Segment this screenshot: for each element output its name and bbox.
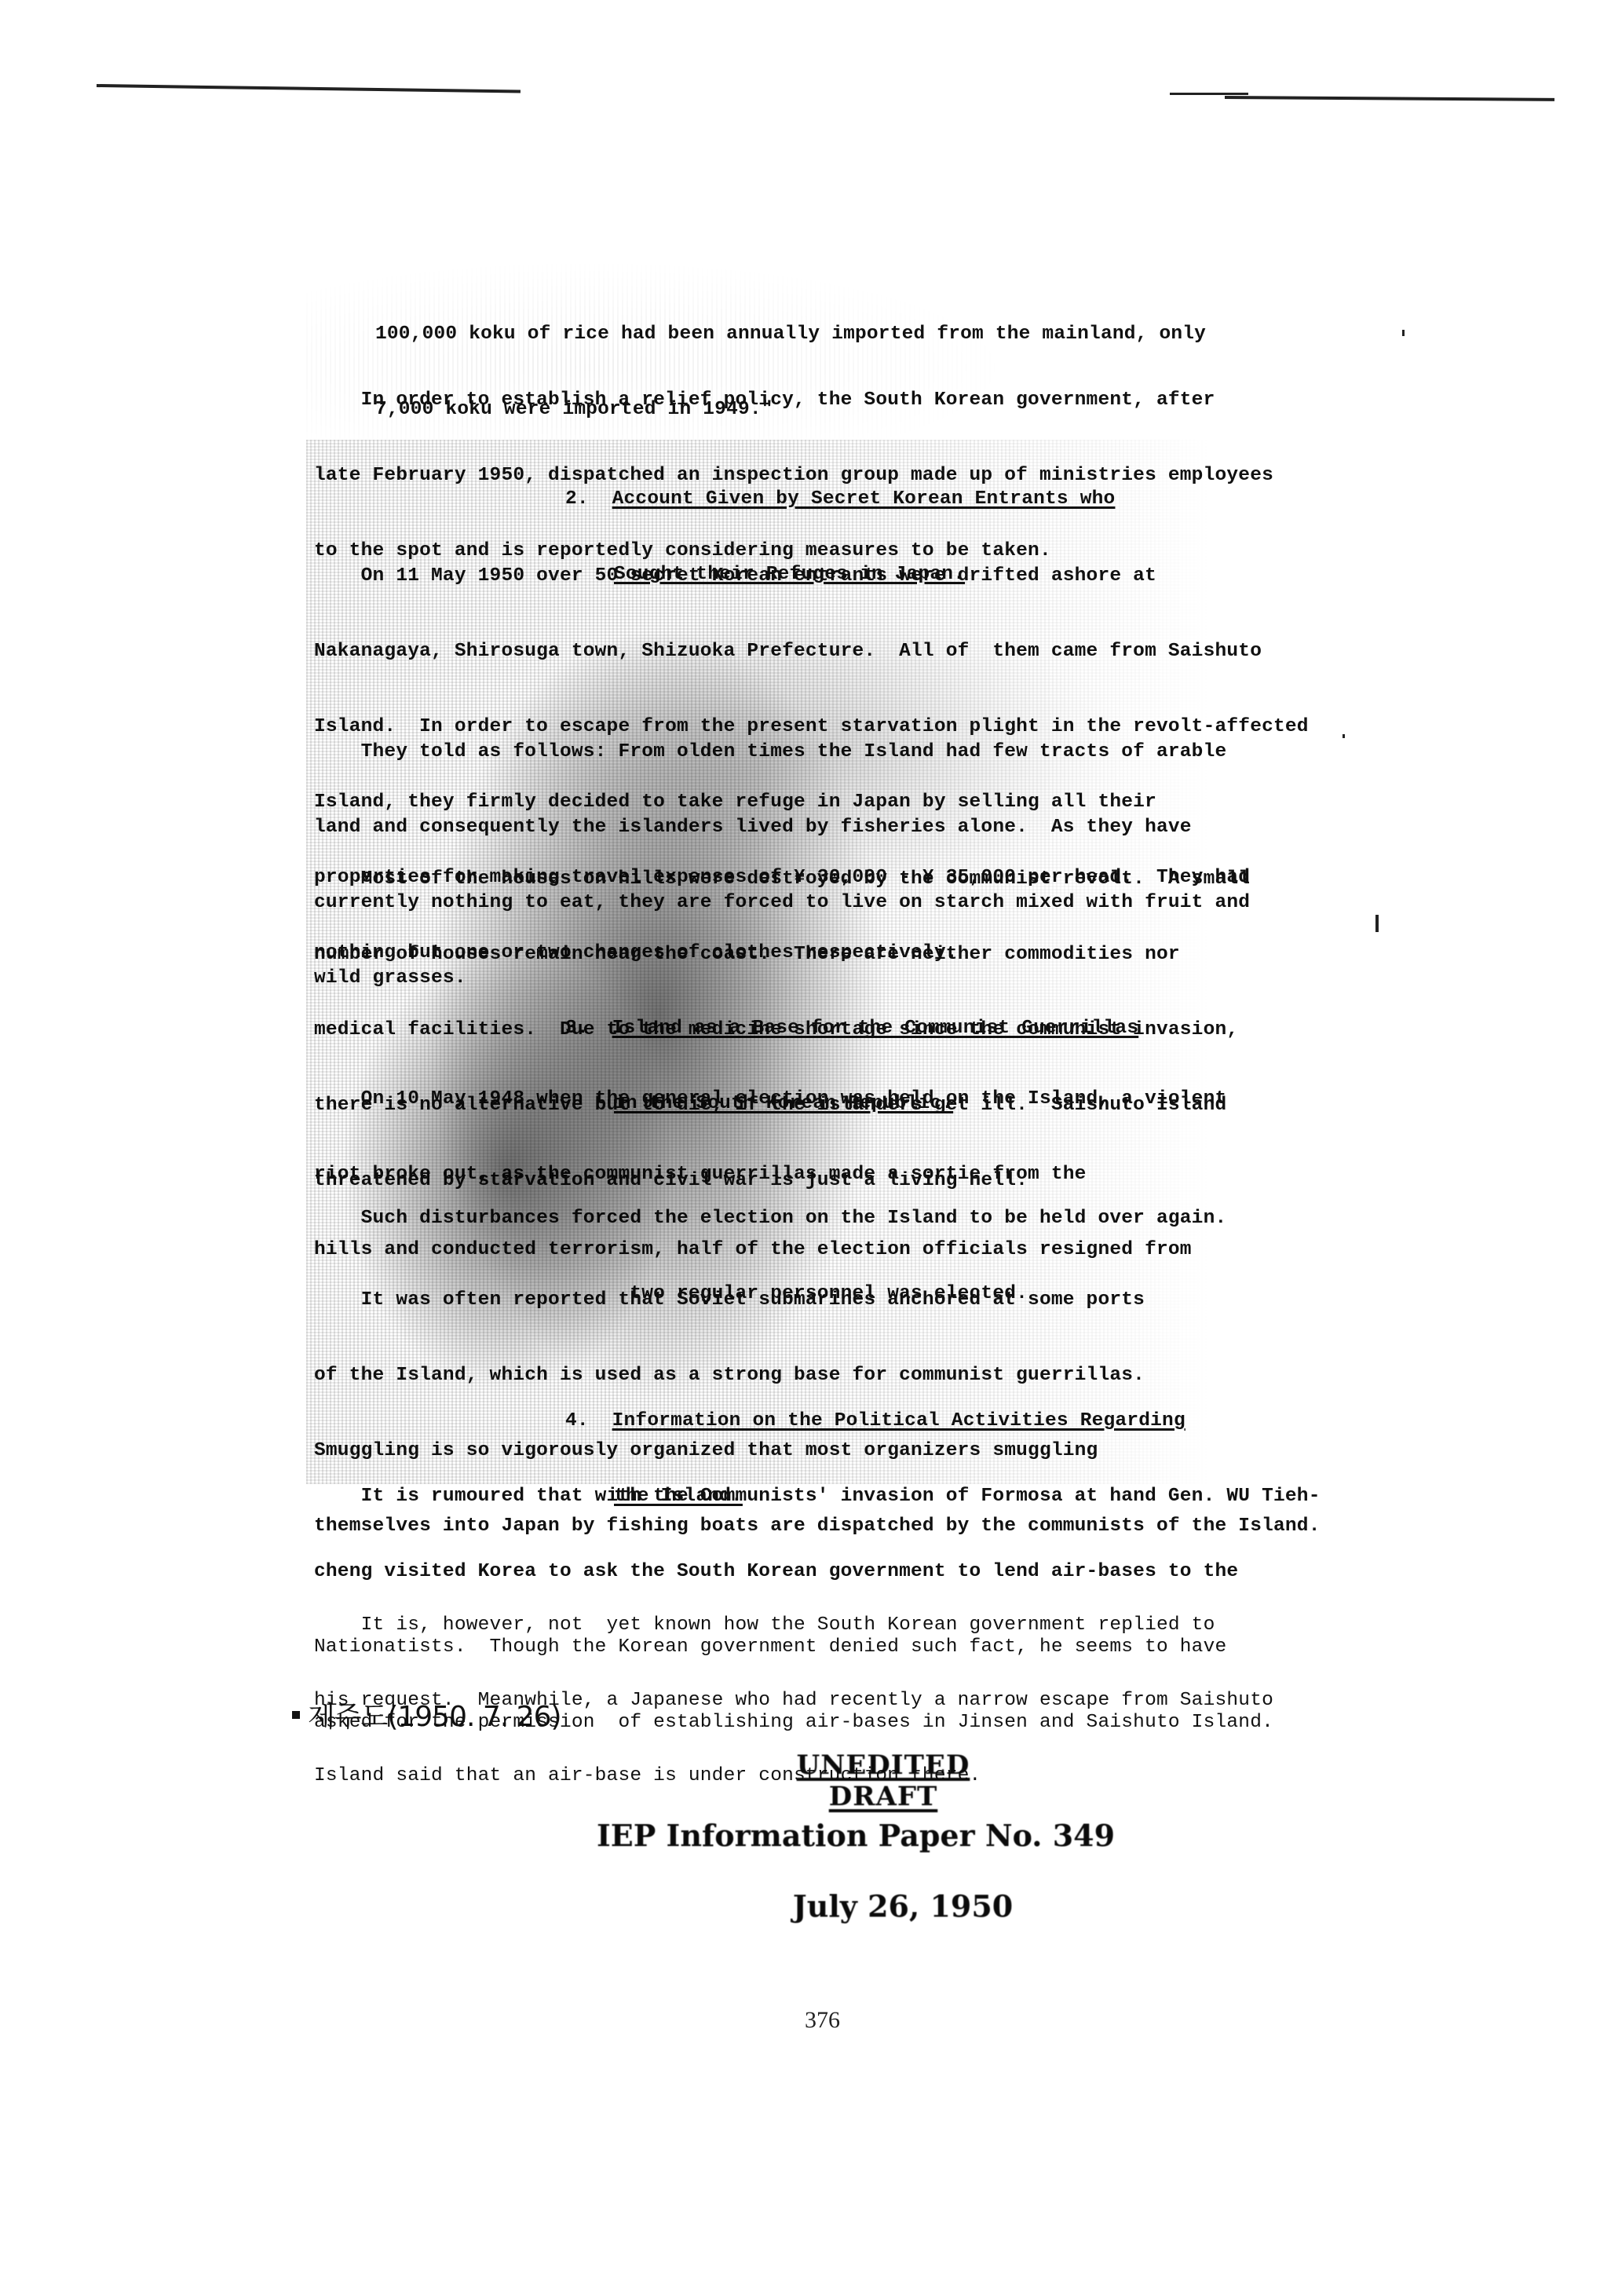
source-caption: 제주도(1950. 7. 26): [292, 1695, 561, 1735]
scan-speck: [1343, 734, 1345, 738]
paper-number-stamp: IEP Information Paper No. 349: [597, 1818, 1193, 1853]
text-line: It was often reported that Soviet submar…: [314, 1288, 1413, 1313]
text-line: Such disturbances forced the election on…: [314, 1206, 1413, 1231]
text-line: In order to establish a relief policy, t…: [314, 388, 1413, 413]
bullet-icon: [292, 1711, 300, 1719]
page-number: 376: [805, 2007, 840, 2034]
text-line: They told as follows: From olden times t…: [314, 740, 1413, 765]
text-line: Nakanagaya, Shirosuga town, Shizuoka Pre…: [314, 639, 1413, 664]
text-line: It is rumoured that with the Communists'…: [314, 1484, 1413, 1509]
scan-speck: [1375, 915, 1379, 932]
section-title: Island as a Base for the Communist Guerr…: [612, 1018, 1139, 1039]
text-line: number of houses remain near the coast. …: [314, 942, 1413, 967]
section-title: Account Given by Secret Korean Entrants …: [612, 488, 1116, 510]
scan-edge-line: [1170, 93, 1248, 95]
text-line: Most of the houses on hills were destroy…: [314, 867, 1413, 892]
section-number: 4.: [565, 1410, 589, 1431]
section-number: 3.: [565, 1018, 589, 1039]
section-title: Information on the Political Activities …: [612, 1410, 1185, 1431]
text-line: On 11 May 1950 over 50 secret Korean ent…: [314, 564, 1413, 589]
scan-edge-line: [1225, 96, 1554, 101]
date-stamp: July 26, 1950: [785, 1888, 1021, 1924]
caption-text: 제주도(1950. 7. 26): [308, 1701, 561, 1733]
scan-speck: [1402, 330, 1405, 336]
text-line: It is, however, not yet known how the So…: [314, 1613, 1413, 1638]
scan-edge-line: [97, 84, 521, 93]
text-line: On 10 May 1948 when the general election…: [314, 1087, 1413, 1112]
draft-stamp: UNEDITED DRAFT: [754, 1749, 1013, 1812]
section-number: 2.: [565, 488, 589, 510]
